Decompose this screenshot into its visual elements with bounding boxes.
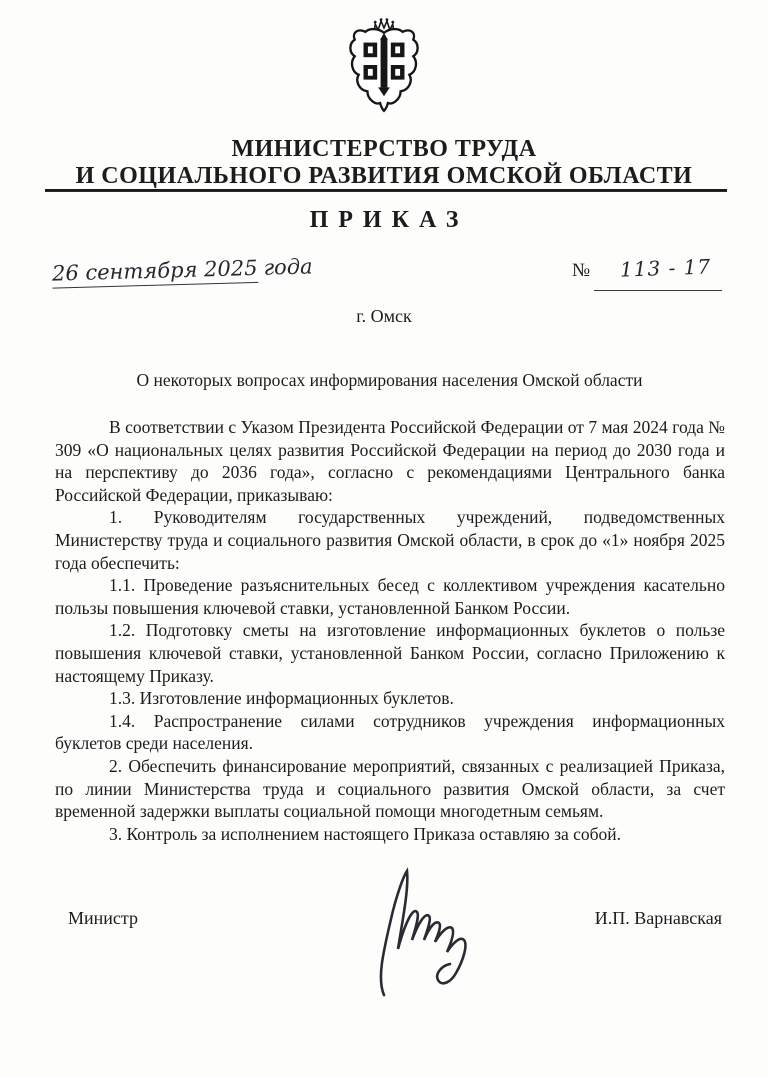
document-body: В соответствии с Указом Президента Росси…	[55, 416, 725, 845]
scanned-order-document: МИНИСТЕРСТВО ТРУДА И СОЦИАЛЬНОГО РАЗВИТИ…	[0, 0, 768, 1077]
signer-position-label: Министр	[68, 908, 138, 929]
paragraph-item-1: 1. Руководителям государственных учрежде…	[55, 506, 725, 574]
document-place: г. Омск	[0, 306, 768, 327]
handwritten-date-underlined: 26 сентября 2025	[52, 256, 258, 289]
paragraph-item-3: 3. Контроль за исполнением настоящего Пр…	[55, 823, 725, 846]
organization-name-line1: МИНИСТЕРСТВО ТРУДА	[0, 136, 768, 163]
document-title: О некоторых вопросах информирования насе…	[55, 370, 724, 391]
paragraph-item-1-3: 1.3. Изготовление информационных буклето…	[55, 687, 725, 710]
handwritten-date-tail: года	[263, 254, 313, 279]
signer-name: И.П. Варнавская	[595, 908, 722, 929]
paragraph-preamble: В соответствии с Указом Президента Росси…	[55, 416, 725, 506]
organization-name-line2: И СОЦИАЛЬНОГО РАЗВИТИЯ ОМСКОЙ ОБЛАСТИ	[0, 163, 768, 190]
handwritten-number: 113 - 17	[620, 254, 712, 281]
number-underline	[594, 290, 722, 291]
paragraph-item-1-1: 1.1. Проведение разъяснительных бесед с …	[55, 574, 725, 619]
handwritten-date: 26 сентября 2025года	[52, 254, 313, 285]
header-divider	[45, 189, 727, 192]
document-type-heading: ПРИКАЗ	[0, 207, 768, 234]
paragraph-item-2: 2. Обеспечить финансирование мероприятий…	[55, 755, 725, 823]
omsk-oblast-coat-of-arms-icon	[345, 16, 423, 114]
paragraph-item-1-2: 1.2. Подготовку сметы на изготовление ин…	[55, 619, 725, 687]
organization-name: МИНИСТЕРСТВО ТРУДА И СОЦИАЛЬНОГО РАЗВИТИ…	[0, 136, 768, 190]
paragraph-item-1-4: 1.4. Распространение силами сотрудников …	[55, 710, 725, 755]
number-sign-label: №	[572, 260, 590, 281]
document-number-block: № 113 - 17	[572, 260, 724, 282]
signature-block: Министр И.П. Варнавская	[0, 860, 768, 1010]
handwritten-signature-icon	[362, 860, 502, 1002]
